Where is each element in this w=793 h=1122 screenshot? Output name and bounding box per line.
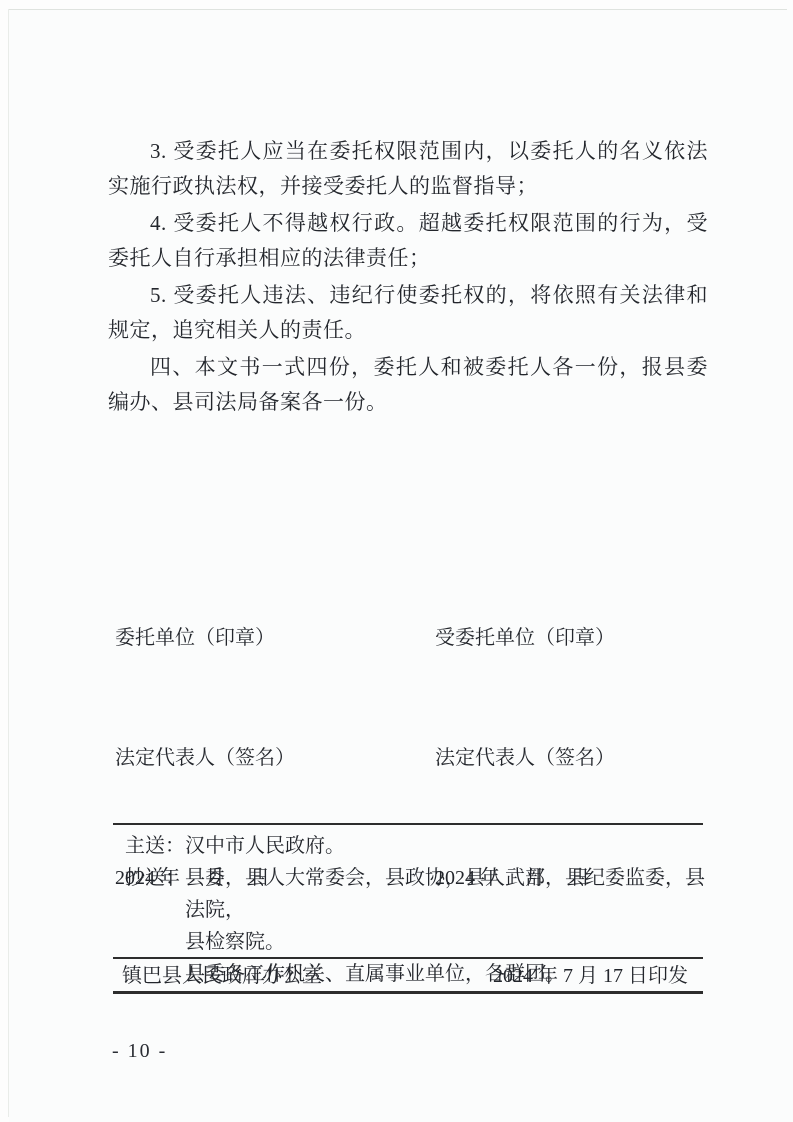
recipients-text: 汉中市人民政府。 bbox=[185, 830, 705, 862]
body-paragraph-four: 四、本文书一式四份，委托人和被委托人各一份，报县委编办、县司法局备案各一份。 bbox=[108, 350, 708, 420]
imprint-row: 镇巴县人民政府办公室 2024 年 7 月 17 日印发 bbox=[122, 961, 688, 991]
cc-label-spacer-1 bbox=[125, 926, 185, 958]
delegator-representative-label: 法定代表人（签名） bbox=[115, 738, 295, 778]
cc-line-2: 县检察院。 bbox=[185, 926, 705, 958]
page-content: 3. 受委托人应当在委托权限范围内，以委托人的名义依法实施行政执法权，并接受委托… bbox=[0, 0, 793, 1122]
cc-line-1: 县委，县人大常委会，县政协，县人武部，县纪委监委，县法院， bbox=[185, 862, 705, 926]
delegator-unit-label: 委托单位（印章） bbox=[115, 618, 295, 658]
print-date: 2024 年 7 月 17 日印发 bbox=[493, 961, 688, 991]
page-number: - 10 - bbox=[112, 1040, 167, 1063]
distribution-top-rule bbox=[113, 823, 703, 825]
delegatee-unit-label: 受委托单位（印章） bbox=[435, 618, 615, 658]
cc-continuation-row-1: 县检察院。 bbox=[125, 926, 705, 958]
body-paragraph-3: 3. 受委托人应当在委托权限范围内，以委托人的名义依法实施行政执法权，并接受委托… bbox=[108, 134, 708, 204]
recipients-label: 主送： bbox=[125, 830, 185, 862]
body-paragraph-4: 4. 受委托人不得越权行政。超越委托权限范围的行为，受委托人自行承担相应的法律责… bbox=[108, 206, 708, 276]
body-paragraph-5: 5. 受委托人违法、违纪行使委托权的，将依照有关法律和规定，追究相关人的责任。 bbox=[108, 278, 708, 348]
cc-label: 抄送： bbox=[125, 862, 185, 926]
cc-row: 抄送： 县委，县人大常委会，县政协，县人武部，县纪委监委，县法院， bbox=[125, 862, 705, 926]
document-page: 3. 受委托人应当在委托权限范围内，以委托人的名义依法实施行政执法权，并接受委托… bbox=[0, 0, 793, 1122]
recipients-row: 主送： 汉中市人民政府。 bbox=[125, 830, 705, 862]
imprint-top-rule bbox=[113, 957, 703, 959]
body-text-block: 3. 受委托人应当在委托权限范围内，以委托人的名义依法实施行政执法权，并接受委托… bbox=[108, 134, 708, 422]
delegatee-representative-label: 法定代表人（签名） bbox=[435, 738, 615, 778]
imprint-bottom-rule bbox=[113, 991, 703, 994]
issuing-office: 镇巴县人民政府办公室 bbox=[122, 961, 322, 991]
